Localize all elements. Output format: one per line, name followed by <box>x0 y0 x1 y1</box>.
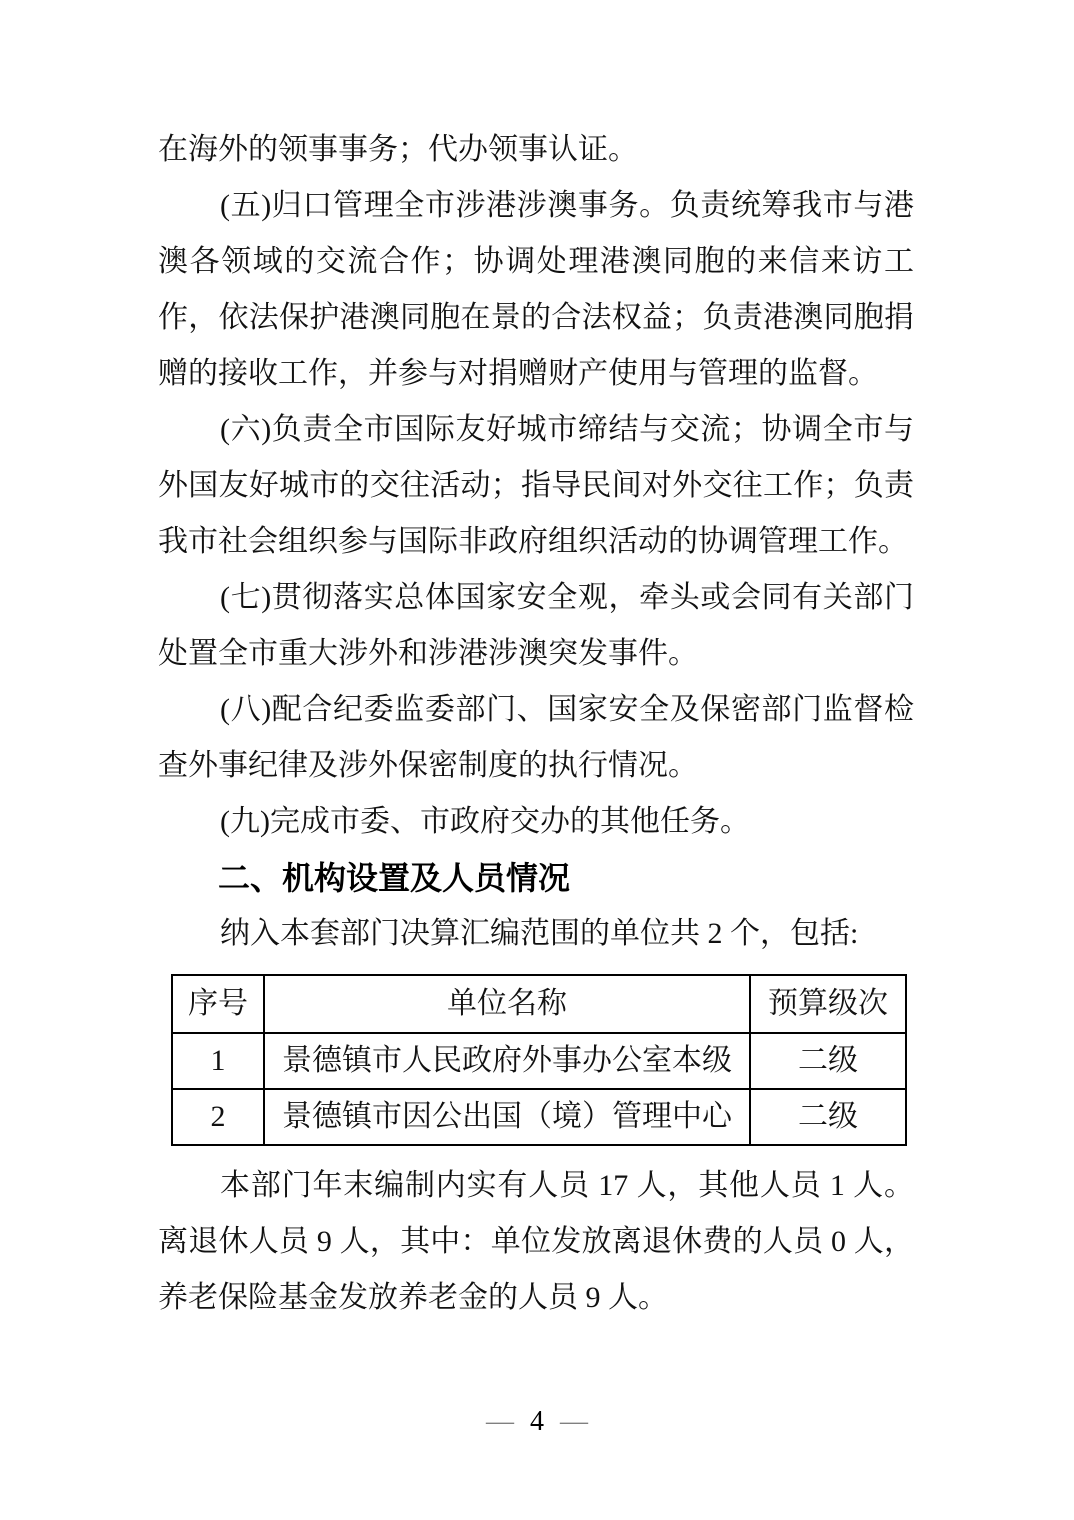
document-body: 在海外的领事事务；代办领事认证。 (五)归口管理全市涉港涉澳事务。负责统筹我市与… <box>158 122 914 1326</box>
section-heading-organization: 二、机构设置及人员情况 <box>158 850 914 906</box>
table-header-unit-name: 单位名称 <box>264 975 750 1033</box>
cell-budget-level: 二级 <box>750 1033 906 1089</box>
paragraph-duty-5: (五)归口管理全市涉港涉澳事务。负责统筹我市与港澳各领域的交流合作；协调处理港澳… <box>158 178 914 402</box>
cell-budget-level: 二级 <box>750 1089 906 1145</box>
table-header-row: 序号 单位名称 预算级次 <box>172 975 906 1033</box>
document-page: 在海外的领事事务；代办领事认证。 (五)归口管理全市涉港涉澳事务。负责统筹我市与… <box>0 0 1074 1520</box>
paragraph-units-intro: 纳入本套部门决算汇编范围的单位共 2 个，包括: <box>158 906 914 962</box>
page-number: —4— <box>0 1402 1074 1442</box>
page-number-value: 4 <box>530 1406 544 1437</box>
table-row: 2 景德镇市因公出国（境）管理中心 二级 <box>172 1089 906 1145</box>
page-number-dash-left: — <box>486 1406 514 1437</box>
paragraph-duty-9: (九)完成市委、市政府交办的其他任务。 <box>158 794 914 850</box>
cell-unit-name: 景德镇市人民政府外事办公室本级 <box>264 1033 750 1089</box>
cell-seq: 1 <box>172 1033 264 1089</box>
cell-unit-name: 景德镇市因公出国（境）管理中心 <box>264 1089 750 1145</box>
paragraph-duty-6: (六)负责全市国际友好城市缔结与交流；协调全市与外国友好城市的交往活动；指导民间… <box>158 402 914 570</box>
cell-seq: 2 <box>172 1089 264 1145</box>
paragraph-duty-7: (七)贯彻落实总体国家安全观，牵头或会同有关部门处置全市重大涉外和涉港涉澳突发事… <box>158 570 914 682</box>
paragraph-consular-continuation: 在海外的领事事务；代办领事认证。 <box>158 122 914 178</box>
table-header-budget-level: 预算级次 <box>750 975 906 1033</box>
paragraph-staffing: 本部门年末编制内实有人员 17 人，其他人员 1 人。离退休人员 9 人，其中：… <box>158 1158 914 1326</box>
page-number-dash-right: — <box>560 1406 588 1437</box>
table-row: 1 景德镇市人民政府外事办公室本级 二级 <box>172 1033 906 1089</box>
paragraph-duty-8: (八)配合纪委监委部门、国家安全及保密部门监督检查外事纪律及涉外保密制度的执行情… <box>158 682 914 794</box>
units-table: 序号 单位名称 预算级次 1 景德镇市人民政府外事办公室本级 二级 2 景德镇市… <box>171 974 907 1146</box>
table-header-seq: 序号 <box>172 975 264 1033</box>
